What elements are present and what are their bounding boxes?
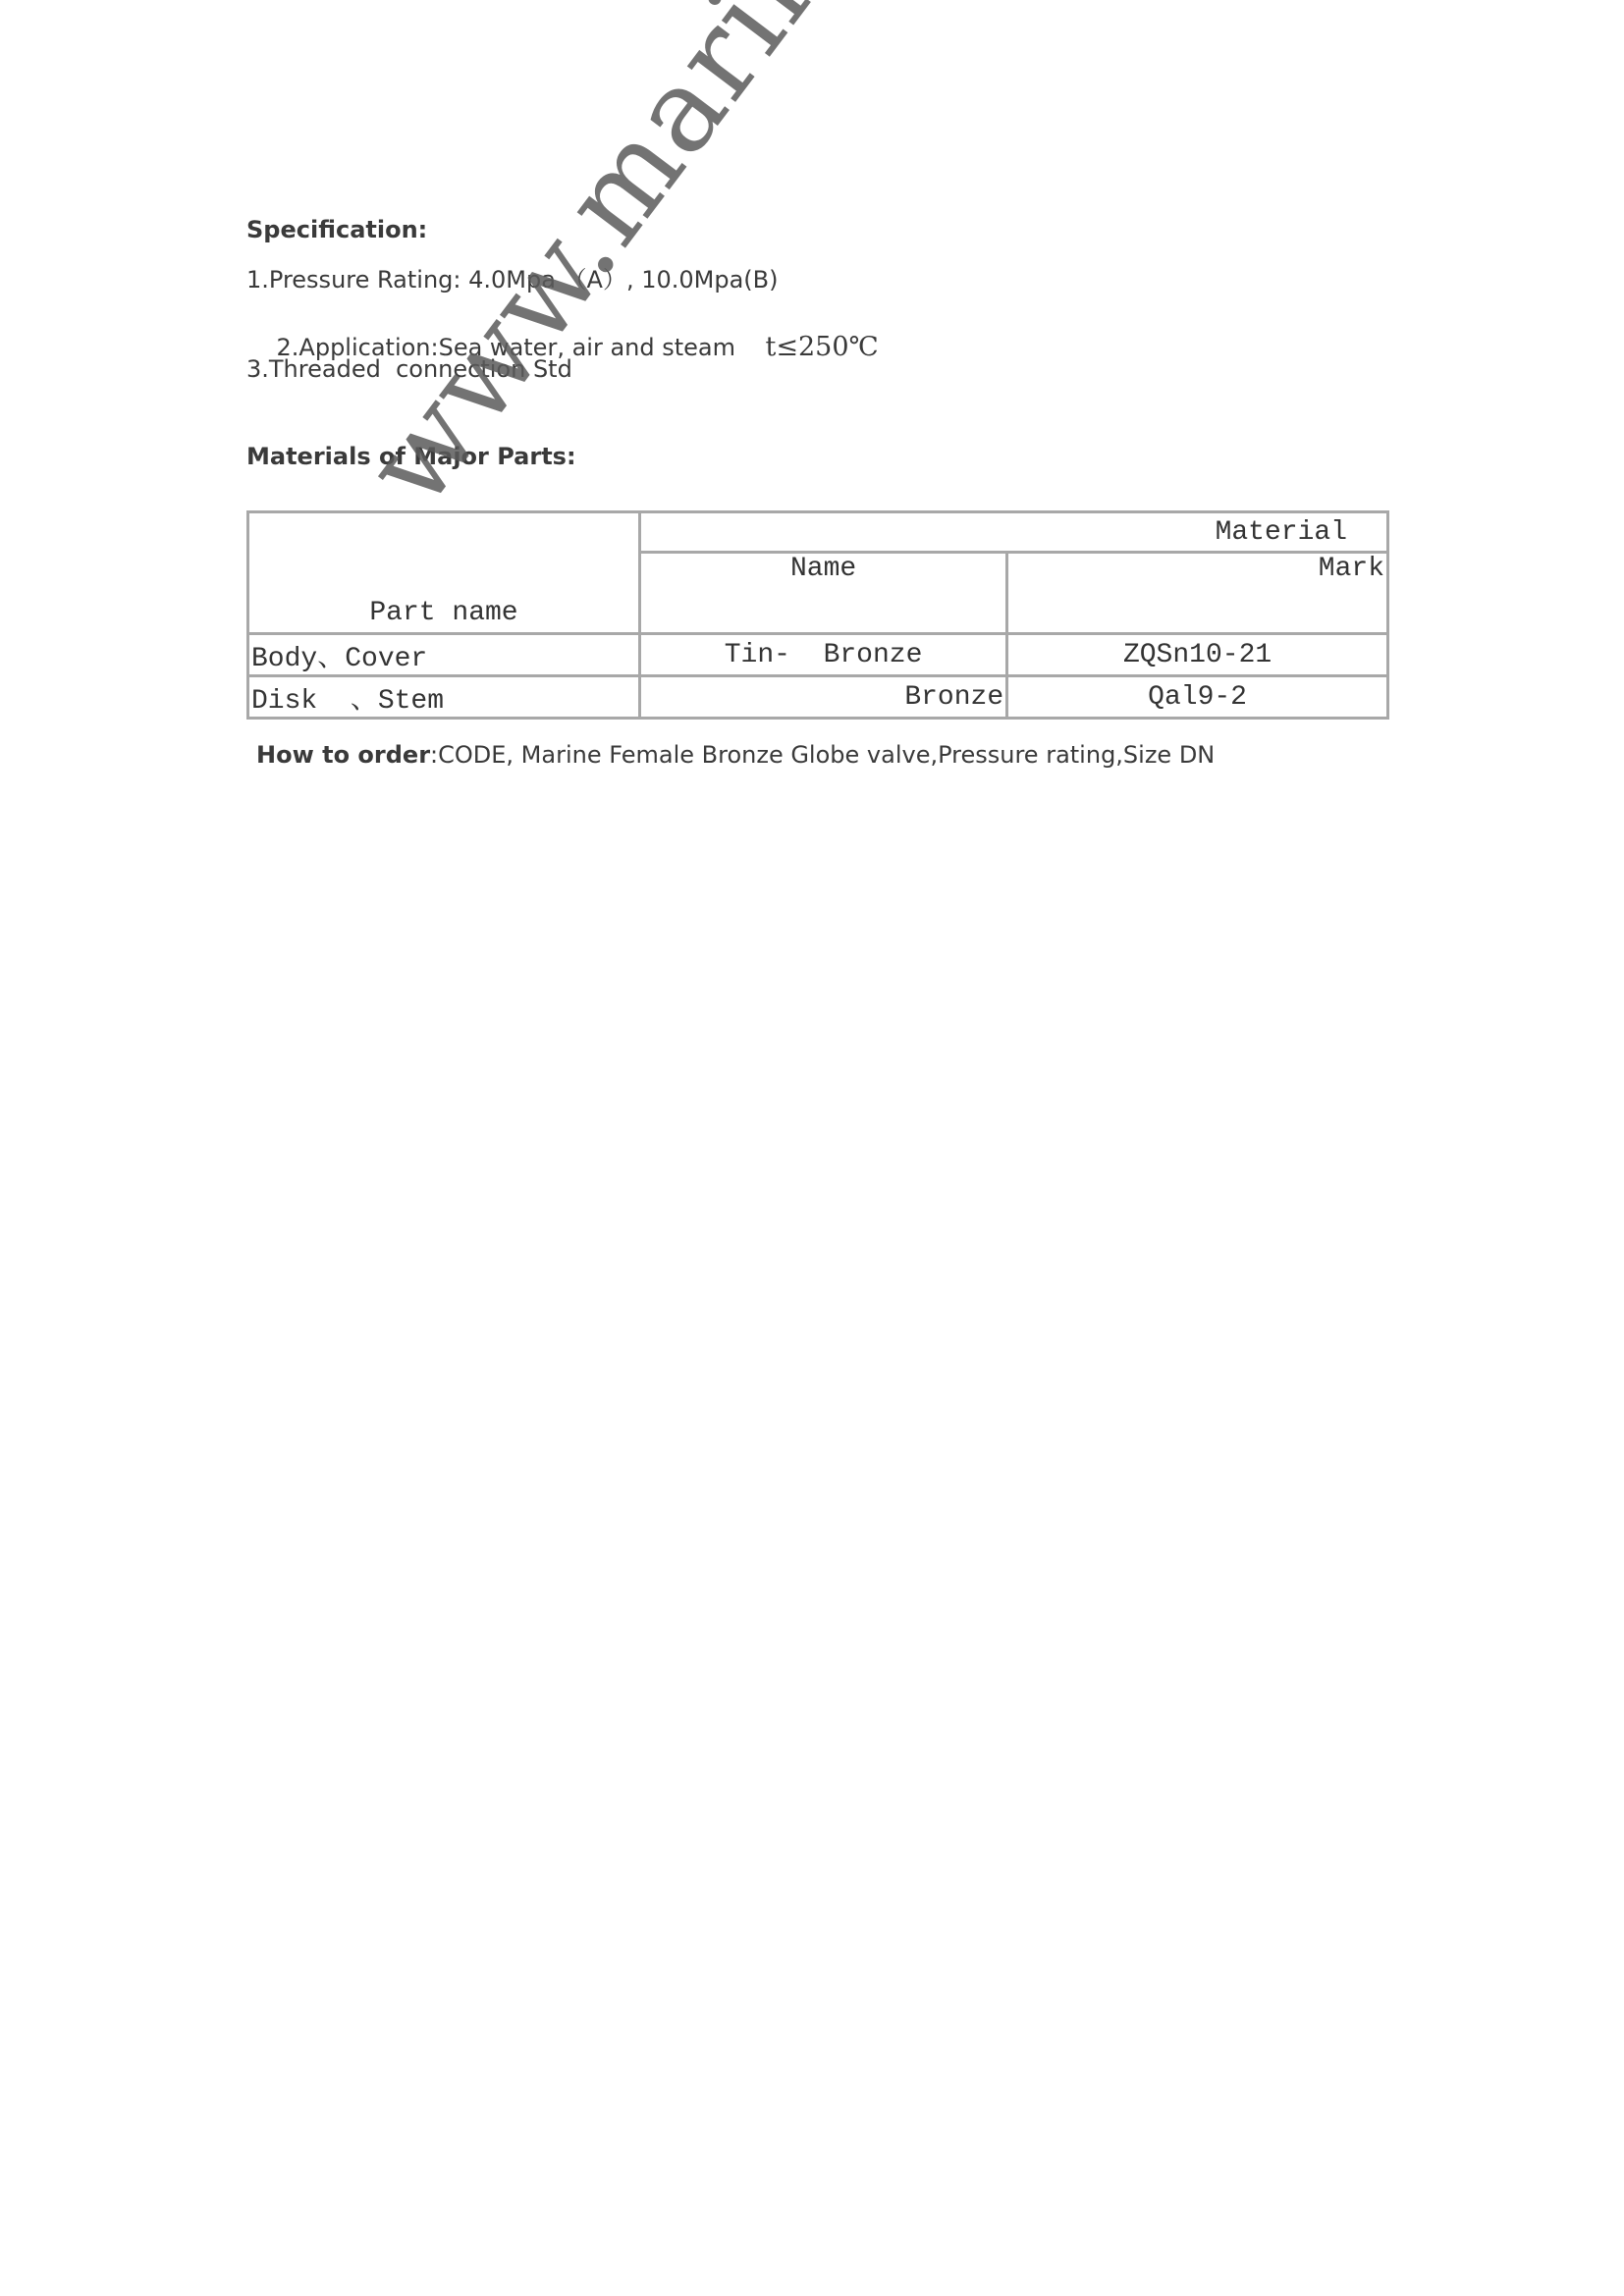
spec-temperature: t≤250℃ — [766, 332, 879, 362]
cell-part: Disk 、Stem — [248, 676, 640, 719]
how-to-order-label: How to order — [256, 741, 430, 769]
header-material: Material — [640, 512, 1388, 553]
header-name: Name — [640, 553, 1007, 634]
table-header-row: Part name Material — [248, 512, 1388, 553]
how-to-order-text: :CODE, Marine Female Bronze Globe valve,… — [430, 741, 1215, 769]
table-row: Disk 、Stem Bronze Qal9-2 — [248, 676, 1388, 719]
how-to-order: How to order:CODE, Marine Female Bronze … — [256, 741, 1215, 769]
spec-pressure-rating: 1.Pressure Rating: 4.0Mpa （A）, 10.0Mpa(B… — [246, 260, 779, 294]
table-row: Body、Cover Tin- Bronze ZQSn10-21 — [248, 634, 1388, 676]
cell-mark: ZQSn10-21 — [1007, 634, 1388, 676]
materials-heading: Materials of Major Parts: — [246, 443, 576, 470]
header-part-name: Part name — [248, 512, 640, 634]
cell-name: Tin- Bronze — [640, 634, 1007, 676]
materials-table: Part name Material Name Mark Body、Cover … — [246, 510, 1389, 720]
spec-connection: 3.Threaded connection Std — [246, 355, 572, 383]
document-page: Specification: 1.Pressure Rating: 4.0Mpa… — [0, 0, 1624, 2296]
cell-name: Bronze — [640, 676, 1007, 719]
header-mark: Mark — [1007, 553, 1388, 634]
cell-part: Body、Cover — [248, 634, 640, 676]
specification-heading: Specification: — [246, 216, 427, 243]
cell-mark: Qal9-2 — [1007, 676, 1388, 719]
